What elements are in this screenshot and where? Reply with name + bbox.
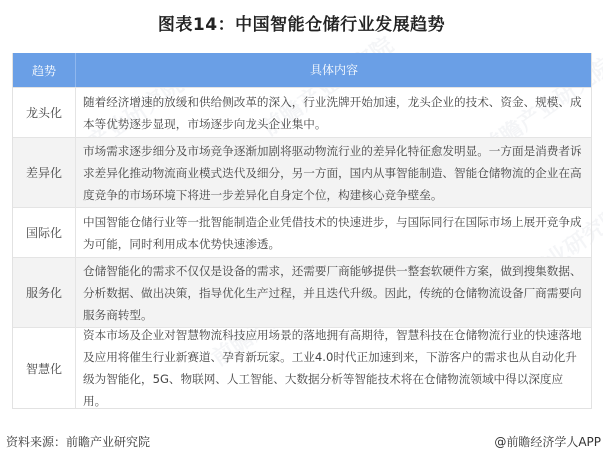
trend-label: 智慧化 (13, 328, 76, 408)
table-row: 服务化 仓储智能化的需求不仅仅是设备的需求，还需要厂商能够提供一整套软硬件方案，… (13, 257, 591, 327)
trend-content: 随着经济增速的放缓和供给侧改革的深入，行业洗牌开始加速，龙头企业的技术、资金、规… (76, 88, 591, 137)
brand-credit: @前瞻经济学人APP (494, 433, 601, 450)
trend-content: 中国智能仓储行业等一批智能制造企业凭借技术的快速进步，与国际同行在国际市场上展开… (76, 208, 591, 257)
header-trend: 趋势 (13, 53, 76, 87)
trends-table: 趋势 具体内容 龙头化 随着经济增速的放缓和供给侧改革的深入，行业洗牌开始加速，… (12, 53, 592, 409)
source-note: 资料来源：前瞻产业研究院 (6, 433, 150, 450)
table-row: 国际化 中国智能仓储行业等一批智能制造企业凭借技术的快速进步，与国际同行在国际市… (13, 207, 591, 257)
page-title: 图表14：中国智能仓储行业发展趋势 (0, 10, 603, 35)
table-row: 龙头化 随着经济增速的放缓和供给侧改革的深入，行业洗牌开始加速，龙头企业的技术、… (13, 87, 591, 137)
trend-label: 服务化 (13, 258, 76, 327)
table-header-row: 趋势 具体内容 (13, 53, 591, 87)
trend-label: 国际化 (13, 208, 76, 257)
trend-label: 差异化 (13, 138, 76, 207)
trend-content: 仓储智能化的需求不仅仅是设备的需求，还需要厂商能够提供一整套软硬件方案，做到搜集… (76, 258, 591, 327)
header-content: 具体内容 (76, 53, 591, 87)
table-row: 智慧化 资本市场及企业对智慧物流科技应用场景的落地拥有高期待，智慧科技在仓储物流… (13, 327, 591, 408)
trend-label: 龙头化 (13, 88, 76, 137)
trend-content: 资本市场及企业对智慧物流科技应用场景的落地拥有高期待，智慧科技在仓储物流行业的快… (76, 328, 591, 408)
trend-content: 市场需求逐步细分及市场竞争逐渐加剧将驱动物流行业的差异化特征愈发明显。一方面是消… (76, 138, 591, 207)
table-row: 差异化 市场需求逐步细分及市场竞争逐渐加剧将驱动物流行业的差异化特征愈发明显。一… (13, 137, 591, 207)
